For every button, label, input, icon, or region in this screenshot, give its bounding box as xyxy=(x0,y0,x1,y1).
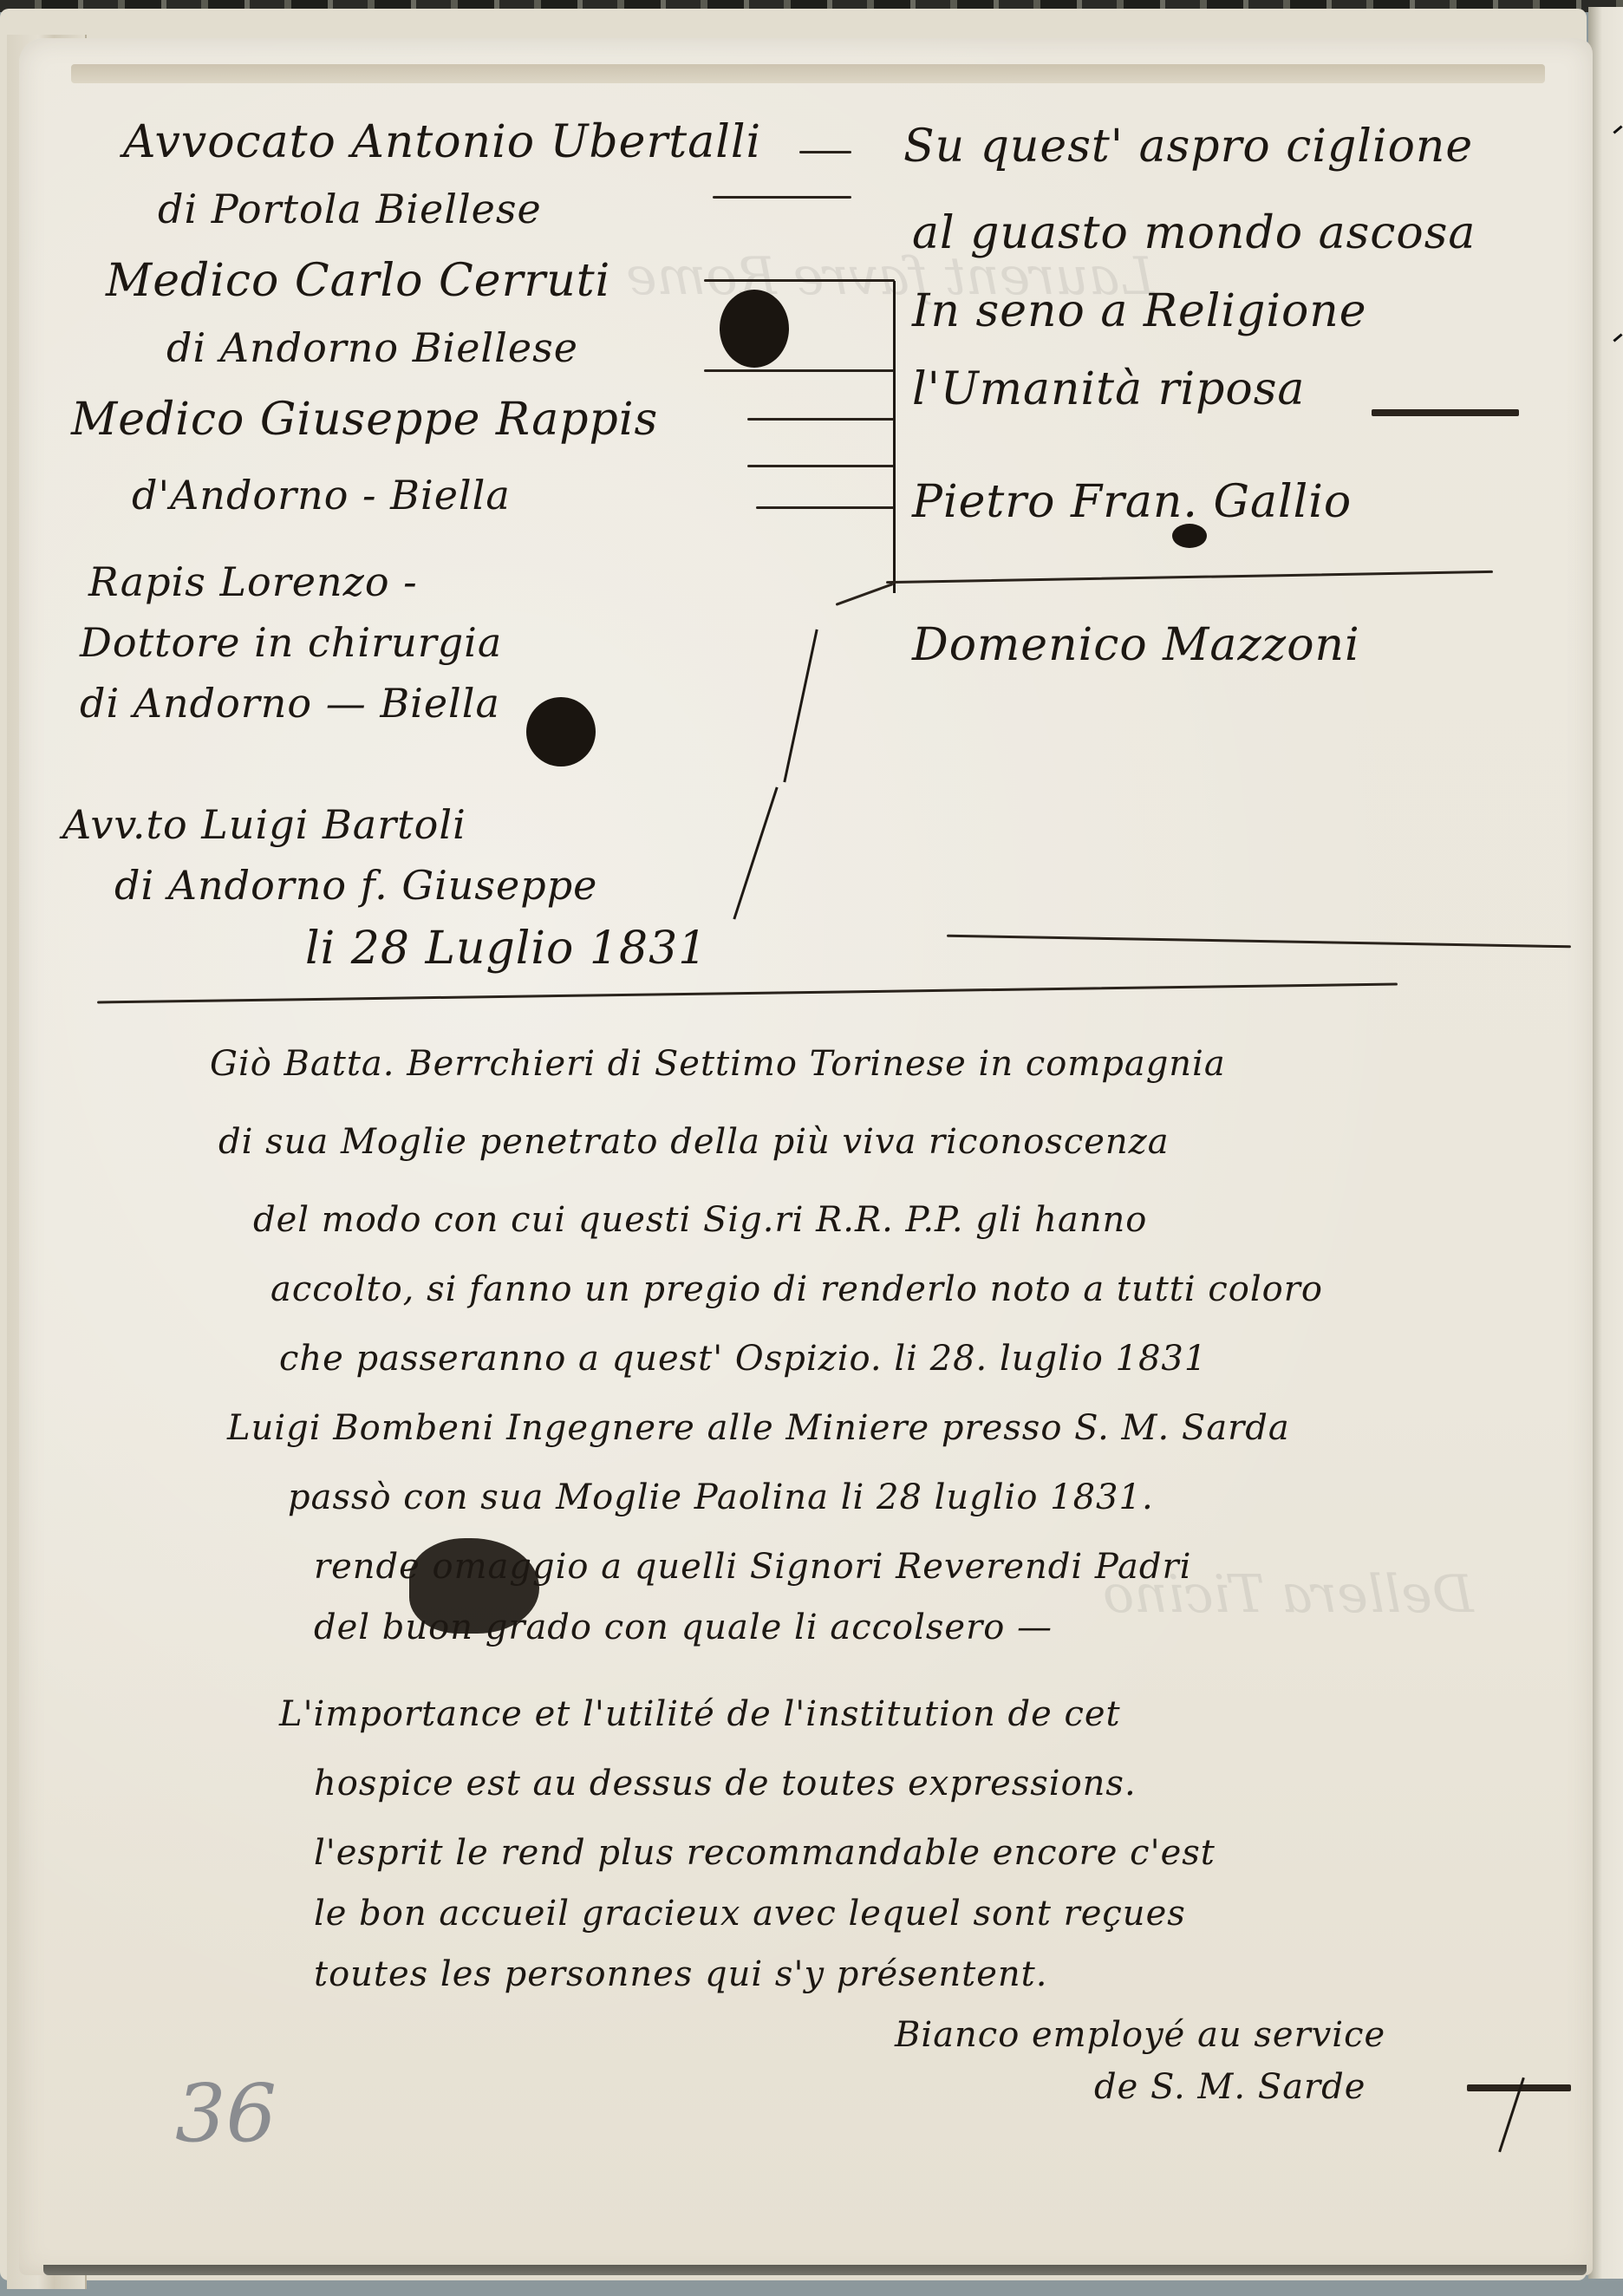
entry-1-line-2: di sua Moglie penetrato della più viva r… xyxy=(218,1122,1170,1162)
entry-1-line-1: Giò Batta. Berrchieri di Settimo Torines… xyxy=(210,1044,1226,1084)
signature-rappis-place: d'Andorno - Biella xyxy=(132,472,511,519)
signature-mazzoni: Domenico Mazzoni xyxy=(912,619,1360,671)
ink-blot xyxy=(526,697,596,766)
bracket-vertical xyxy=(733,786,778,919)
entry-3-line-4: le bon accueil gracieux avec lequel sont… xyxy=(314,1894,1186,1934)
verse-line-4: l'Umanità riposa xyxy=(912,363,1305,415)
entry-3-signature-line-2: de S. M. Sarde xyxy=(1094,2067,1366,2107)
bracket-tick xyxy=(747,465,895,467)
entry-3-line-2: hospice est au dessus de toutes expressi… xyxy=(314,1764,1137,1804)
signature-rapis-name: Rapis Lorenzo - xyxy=(88,558,418,605)
verse-line-1: Su quest' aspro ciglione xyxy=(903,121,1473,173)
entry-1-line-3: del modo con cui questi Sig.ri R.R. P.P.… xyxy=(253,1200,1147,1240)
entry-3-line-1: L'importance et l'utilité de l'instituti… xyxy=(279,1694,1121,1734)
entry-2-line-2: passò con sua Moglie Paolina li 28 lugli… xyxy=(288,1477,1154,1517)
bracket-tick xyxy=(756,506,895,509)
signature-cerruti-name: Medico Carlo Cerruti xyxy=(106,255,610,307)
entry-3-signature: Bianco employé au service xyxy=(895,2015,1385,2055)
bracket-tick xyxy=(704,369,895,372)
signature-cerruti-place: di Andorno Biellese xyxy=(166,324,578,371)
bracket-curve xyxy=(836,583,894,606)
page-number: 36 xyxy=(175,2067,277,2160)
date-underline xyxy=(947,935,1571,949)
entry-2-line-1: Luigi Bombeni Ingegnere alle Miniere pre… xyxy=(227,1408,1290,1448)
entry-2-line-4: del buon grado con quale li accolsero — xyxy=(314,1608,1053,1647)
signature-ubertalli-name: Avvocato Antonio Ubertalli xyxy=(123,116,761,168)
bracket-vertical xyxy=(893,281,896,593)
scan-bottom-edge xyxy=(43,2265,1587,2275)
bracket-tick xyxy=(747,418,895,421)
adjacent-page-edge xyxy=(1588,7,1623,2279)
signature-rapis-place: di Andorno — Biella xyxy=(80,680,500,727)
page-top-stain xyxy=(71,64,1545,83)
entry-1-line-4: accolto, si fanno un pregio di renderlo … xyxy=(270,1269,1323,1309)
signature-ubertalli-place: di Portola Biellese xyxy=(158,186,542,232)
verse-line-3: In seno a Religione xyxy=(912,285,1367,337)
signature-rapis-title: Dottore in chirurgia xyxy=(80,619,502,666)
verse-line-2: al guasto mondo ascosa xyxy=(912,207,1476,259)
bracket-vertical xyxy=(783,629,818,783)
dash xyxy=(799,151,851,153)
bracket-tick xyxy=(704,279,895,282)
entry-2-line-3: rende omaggio a quelli Signori Reverendi… xyxy=(314,1547,1191,1587)
manuscript-page: Laurent favre Rome Dellera Ticino Avvoca… xyxy=(19,38,1593,2275)
date-line: li 28 Luglio 1831 xyxy=(305,923,707,975)
section-divider xyxy=(97,983,1398,1004)
verse-end-stroke xyxy=(1372,409,1519,416)
ink-blot xyxy=(720,290,789,368)
entry-3-line-3: l'esprit le rend plus recommandable enco… xyxy=(314,1833,1216,1873)
signature-bartoli-place: di Andorno f. Giuseppe xyxy=(114,862,597,909)
entry-3-line-5: toutes les personnes qui s'y présentent. xyxy=(314,1954,1047,1994)
signature-gallio: Pietro Fran. Gallio xyxy=(912,476,1352,528)
signature-bartoli-name: Avv.to Luigi Bartoli xyxy=(62,801,466,848)
signature-rappis-name: Medico Giuseppe Rappis xyxy=(71,394,658,446)
entry-1-line-5: che passeranno a quest' Ospizio. li 28. … xyxy=(279,1339,1207,1379)
signature-underline xyxy=(886,571,1493,584)
bracket-tick xyxy=(713,196,851,199)
